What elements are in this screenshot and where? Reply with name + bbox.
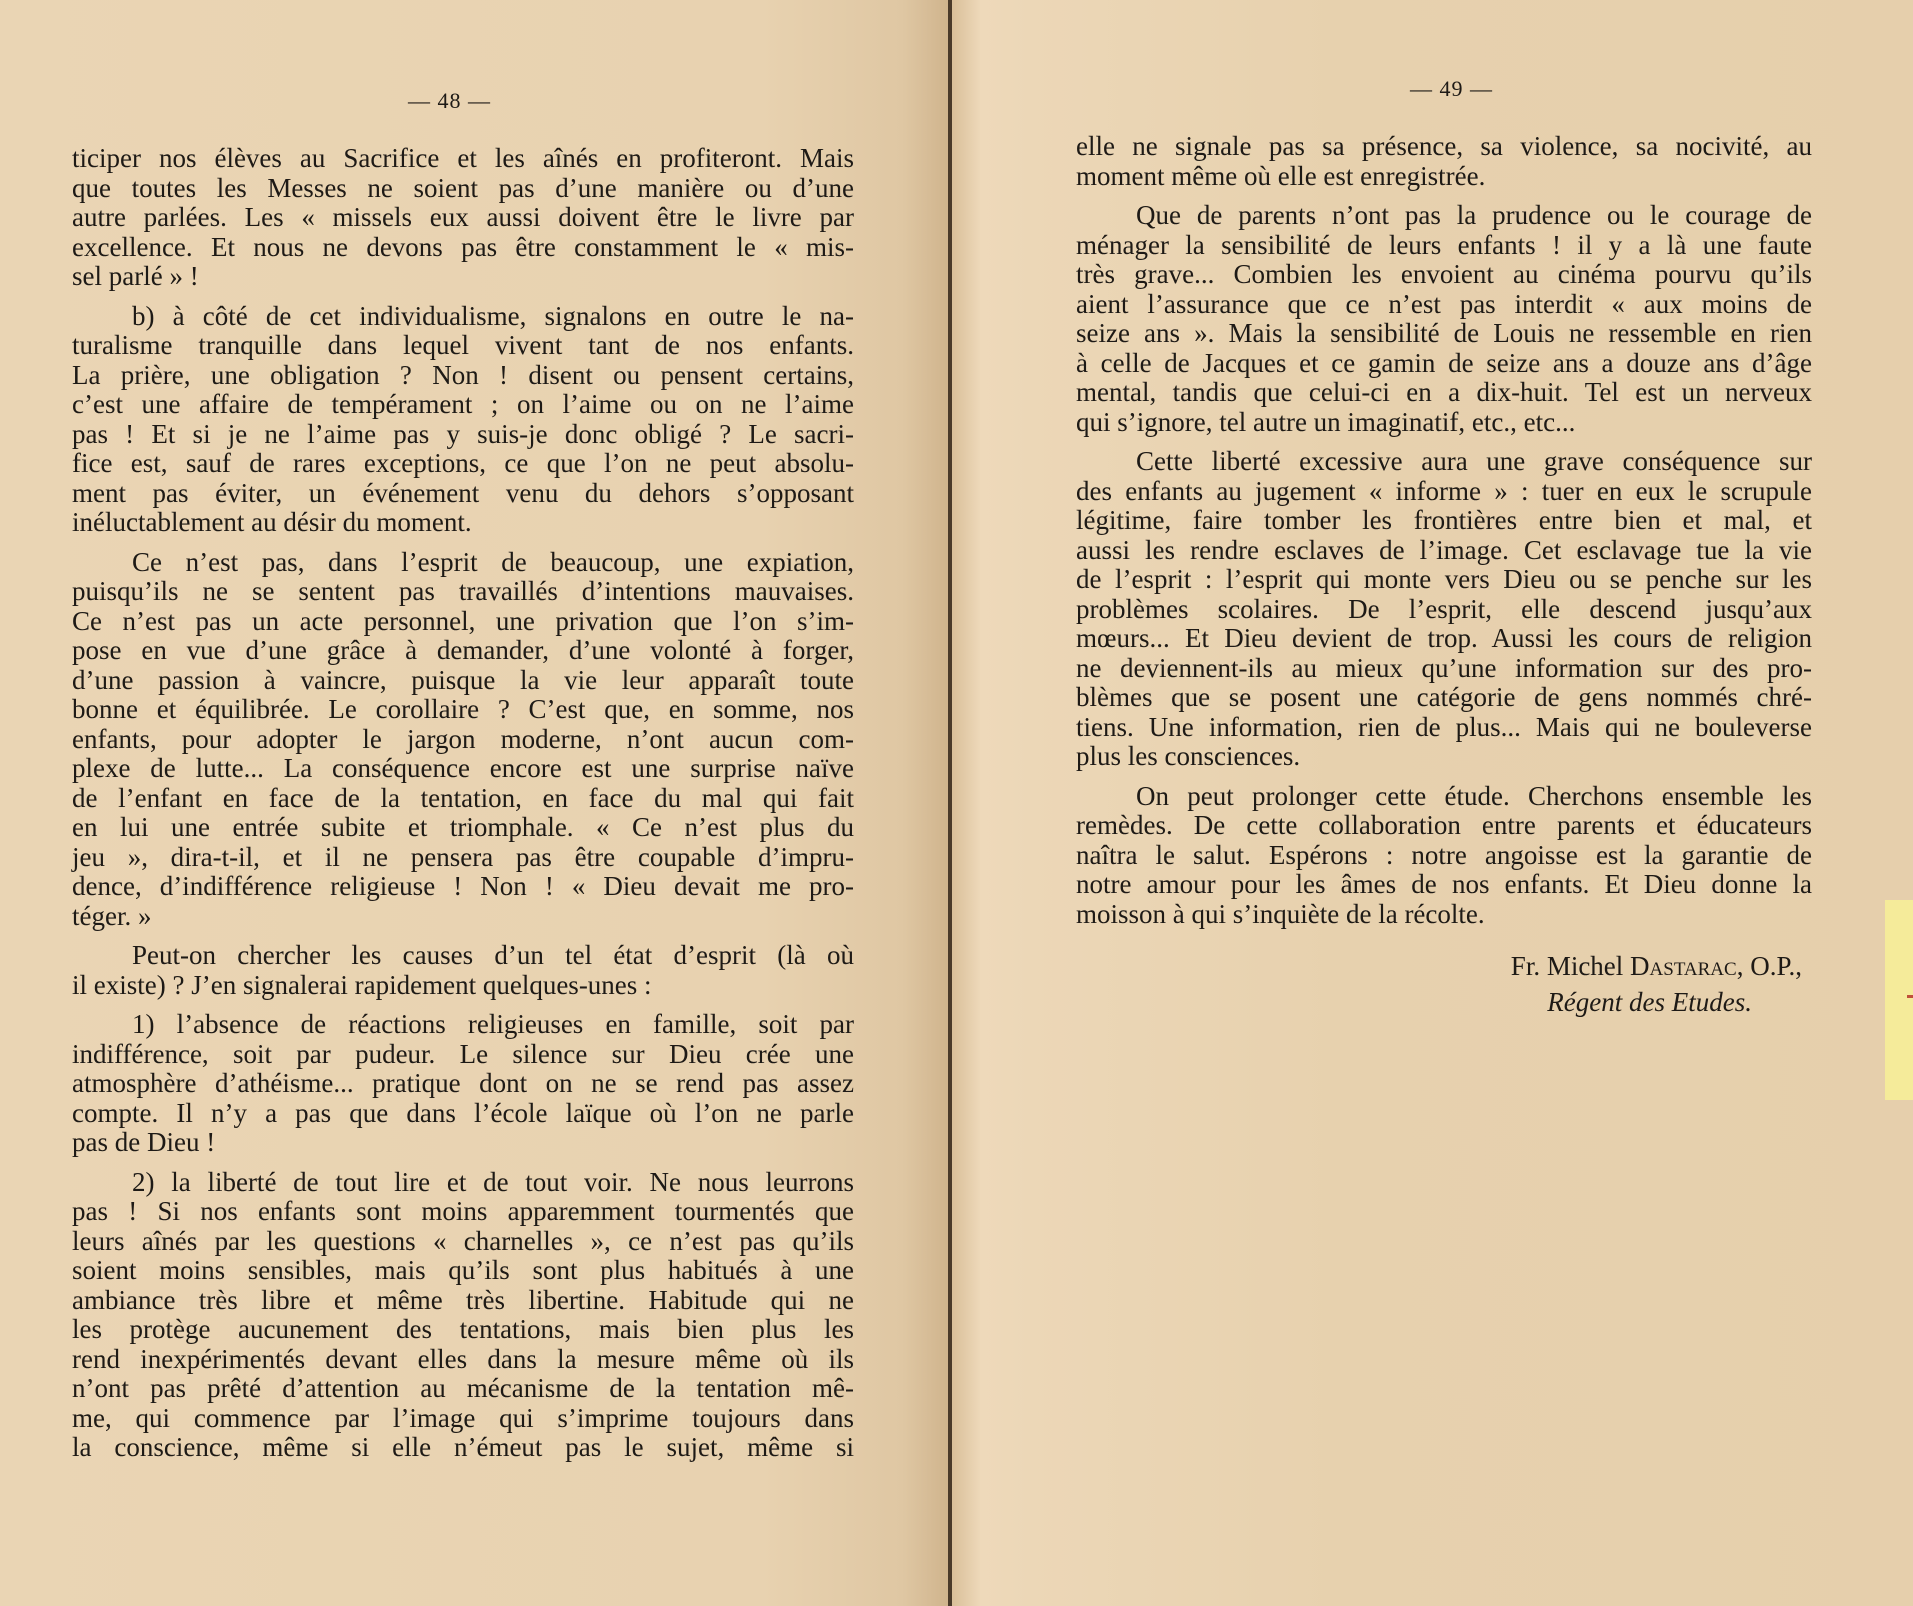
text-line: rend inexpérimentés devant elles dans la… <box>72 1345 854 1375</box>
bookmark-tab <box>1885 900 1913 1100</box>
paragraph: elle ne signale pas sa présence, sa viol… <box>1076 132 1812 191</box>
text-line: pas ! Si nos enfants sont moins apparemm… <box>72 1197 854 1227</box>
text-line: turalisme tranquille dans lequel vivent … <box>72 331 854 361</box>
text-line: blèmes que se posent une catégorie de ge… <box>1076 683 1812 713</box>
text-line: indifférence, soit par pudeur. Le silenc… <box>72 1040 854 1070</box>
paragraph-gap <box>72 538 854 548</box>
text-line: compte. Il n’y a pas que dans l’école la… <box>72 1099 854 1129</box>
text-line: Ce n’est pas un acte personnel, une priv… <box>72 607 854 637</box>
text-line: ne deviennent-ils au mieux qu’une inform… <box>1076 654 1812 684</box>
text-line: moment même où elle est enregistrée. <box>1076 162 1812 192</box>
text-line: naîtra le salut. Espérons : notre angois… <box>1076 841 1812 871</box>
text-line: me, qui commence par l’image qui s’impri… <box>72 1404 854 1434</box>
text-line: problèmes scolaires. De l’esprit, elle d… <box>1076 595 1812 625</box>
paragraph: 2) la liberté de tout lire et de tout vo… <box>72 1168 854 1463</box>
text-line: ambiance très libre et même très liberti… <box>72 1286 854 1316</box>
page-number-48: — 48 — <box>408 88 491 114</box>
bookmark-mark <box>1907 995 1913 998</box>
text-line: c’est une affaire de tempérament ; on l’… <box>72 390 854 420</box>
text-line: ment pas éviter, un événement venu du de… <box>72 479 854 509</box>
paragraph: Cette liberté excessive aura une grave c… <box>1076 447 1812 772</box>
text-line: La prière, une obligation ? Non ! disent… <box>72 361 854 391</box>
text-line: moisson à qui s’inquiète de la récolte. <box>1076 900 1812 930</box>
text-line: 2) la liberté de tout lire et de tout vo… <box>72 1168 854 1198</box>
text-line: inéluctablement au désir du moment. <box>72 508 854 538</box>
text-line: plus les consciences. <box>1076 742 1812 772</box>
paragraph: Peut-on chercher les causes d’un tel éta… <box>72 941 854 1000</box>
paragraph-gap <box>72 292 854 302</box>
paragraph: ticiper nos élèves au Sacrifice et les a… <box>72 144 854 292</box>
author-signature: Fr. Michel Dastarac, O.P., Régent des Et… <box>1312 948 1802 1020</box>
paragraph-gap <box>72 1158 854 1168</box>
text-line: la conscience, même si elle n’émeut pas … <box>72 1433 854 1463</box>
text-line: tiens. Une information, rien de plus... … <box>1076 713 1812 743</box>
text-line: remèdes. De cette collaboration entre pa… <box>1076 811 1812 841</box>
text-line: bonne et équilibrée. Le corollaire ? C’e… <box>72 695 854 725</box>
text-line: que toutes les Messes ne soient pas d’un… <box>72 174 854 204</box>
paragraph: On peut prolonger cette étude. Cherchons… <box>1076 782 1812 930</box>
text-line: seize ans ». Mais la sensibilité de Loui… <box>1076 319 1812 349</box>
text-line: très grave... Combien les envoient au ci… <box>1076 260 1812 290</box>
text-line: aient l’assurance que ce n’est pas inter… <box>1076 290 1812 320</box>
paragraph-gap <box>1076 772 1812 782</box>
text-line: b) à côté de cet individualisme, signalo… <box>72 302 854 332</box>
text-line: notre amour pour les âmes de nos enfants… <box>1076 870 1812 900</box>
text-line: qui s’ignore, tel autre un imaginatif, e… <box>1076 408 1812 438</box>
text-line: Peut-on chercher les causes d’un tel éta… <box>72 941 854 971</box>
text-line: mental, tandis que celui-ci en a dix-hui… <box>1076 378 1812 408</box>
text-line: pose en vue d’une grâce à demander, d’un… <box>72 636 854 666</box>
text-line: les protège aucunement des tentations, m… <box>72 1315 854 1345</box>
text-line: Cette liberté excessive aura une grave c… <box>1076 447 1812 477</box>
text-line: Ce n’est pas, dans l’esprit de beaucoup,… <box>72 548 854 578</box>
text-line: ménager la sensibilité de leurs enfants … <box>1076 231 1812 261</box>
page-number-49: — 49 — <box>1410 76 1493 102</box>
signature-surname: Dastarac <box>1630 951 1737 981</box>
paragraph: Que de parents n’ont pas la prudence ou … <box>1076 201 1812 437</box>
text-line: elle ne signale pas sa présence, sa viol… <box>1076 132 1812 162</box>
signature-suffix: , O.P., <box>1737 951 1802 981</box>
text-line: sel parlé » ! <box>72 262 854 292</box>
text-line: légitime, faire tomber les frontières en… <box>1076 506 1812 536</box>
paragraph: 1) l’absence de réactions religieuses en… <box>72 1010 854 1158</box>
text-line: téger. » <box>72 902 854 932</box>
left-page-body: ticiper nos élèves au Sacrifice et les a… <box>72 144 854 1463</box>
text-line: On peut prolonger cette étude. Cherchons… <box>1076 782 1812 812</box>
paragraph: b) à côté de cet individualisme, signalo… <box>72 302 854 538</box>
text-line: soient moins sensibles, mais qu’ils sont… <box>72 1256 854 1286</box>
right-page: — 49 — elle ne signale pas sa présence, … <box>952 0 1913 1606</box>
signature-title: Régent des Etudes. <box>1312 984 1802 1020</box>
text-line: d’une passion à vaincre, puisque la vie … <box>72 666 854 696</box>
text-line: 1) l’absence de réactions religieuses en… <box>72 1010 854 1040</box>
text-line: ticiper nos élèves au Sacrifice et les a… <box>72 144 854 174</box>
text-line: n’ont pas prêté d’attention au mécanisme… <box>72 1374 854 1404</box>
text-line: leurs aînés par les questions « charnell… <box>72 1227 854 1257</box>
text-line: dence, d’indifférence religieuse ! Non !… <box>72 872 854 902</box>
text-line: excellence. Et nous ne devons pas être c… <box>72 233 854 263</box>
paragraph: Ce n’est pas, dans l’esprit de beaucoup,… <box>72 548 854 932</box>
text-line: pas de Dieu ! <box>72 1128 854 1158</box>
text-line: atmosphère d’athéisme... pratique dont o… <box>72 1069 854 1099</box>
signature-prefix: Fr. Michel <box>1511 951 1630 981</box>
text-line: aussi les rendre esclaves de l’image. Ce… <box>1076 536 1812 566</box>
text-line: enfants, pour adopter le jargon moderne,… <box>72 725 854 755</box>
text-line: de l’enfant en face de la tentation, en … <box>72 784 854 814</box>
text-line: en lui une entrée subite et triomphale. … <box>72 813 854 843</box>
text-line: fice est, sauf de rares exceptions, ce q… <box>72 449 854 479</box>
text-line: jeu », dira-t-il, et il ne pensera pas ê… <box>72 843 854 873</box>
text-line: plexe de lutte... La conséquence encore … <box>72 754 854 784</box>
text-line: autre parlées. Les « missels eux aussi d… <box>72 203 854 233</box>
text-line: Que de parents n’ont pas la prudence ou … <box>1076 201 1812 231</box>
text-line: à celle de Jacques et ce gamin de seize … <box>1076 349 1812 379</box>
text-line: de l’esprit : l’esprit qui monte vers Di… <box>1076 565 1812 595</box>
text-line: des enfants au jugement « informe » : tu… <box>1076 477 1812 507</box>
text-line: puisqu’ils ne se sentent pas travaillés … <box>72 577 854 607</box>
text-line: pas ! Et si je ne l’aime pas y suis-je d… <box>72 420 854 450</box>
text-line: mœurs... Et Dieu devient de trop. Aussi … <box>1076 624 1812 654</box>
right-page-body: elle ne signale pas sa présence, sa viol… <box>1076 132 1812 929</box>
left-page: — 48 — ticiper nos élèves au Sacrifice e… <box>0 0 950 1606</box>
text-line: il existe) ? J’en signalerai rapidement … <box>72 971 854 1001</box>
